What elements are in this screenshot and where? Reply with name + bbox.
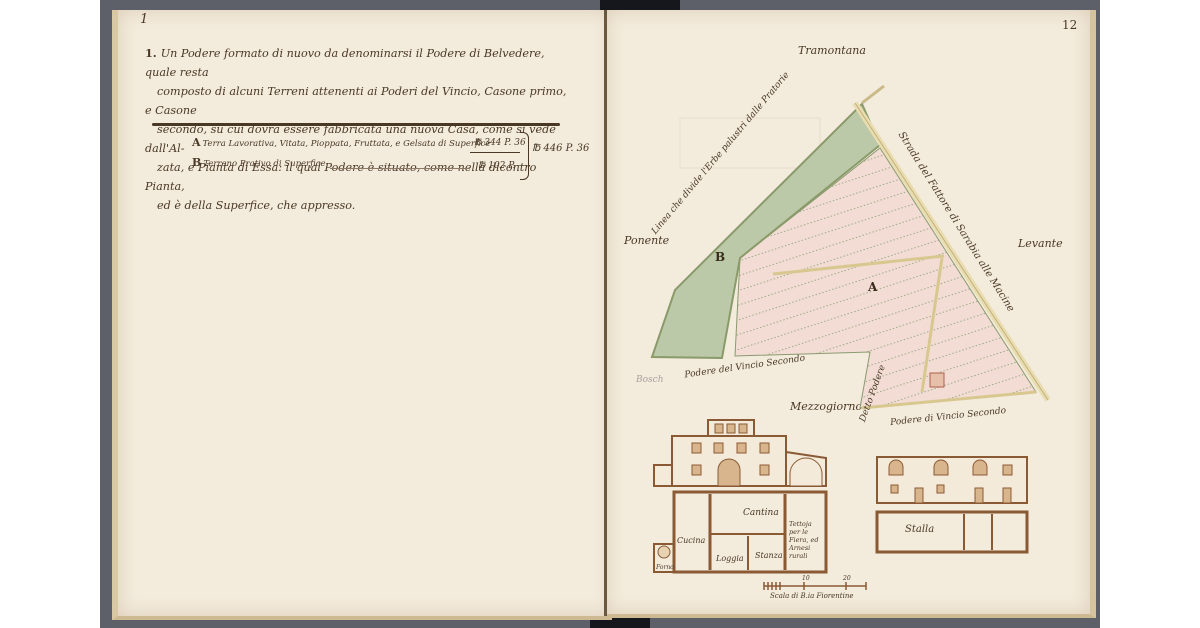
plan-label-tettoia: Tettoja per le Fiera, ed Arnesi rurali xyxy=(789,520,823,560)
faint-note: Bosch xyxy=(636,375,664,385)
plan-label-stalla: Stalla xyxy=(905,524,934,535)
scale-tick-20: 20 xyxy=(843,575,851,582)
road-spur xyxy=(862,86,884,103)
plan-label-stanza: Stanza xyxy=(755,551,783,560)
parcel-b-label: B xyxy=(715,250,725,264)
plan-label-cantina: Cantina xyxy=(743,508,779,518)
stable-drawing xyxy=(877,457,1027,552)
parcel-a-label: A xyxy=(868,280,877,294)
scale-caption: Scala di B.ia Fiorentine xyxy=(770,592,854,600)
house-marker xyxy=(930,373,944,387)
scale-tick-10: 10 xyxy=(802,575,810,582)
plan-label-forno: Forno xyxy=(656,564,674,571)
plan-label-loggia: Loggia xyxy=(716,554,744,563)
house-elevation xyxy=(654,420,826,486)
scale-bar xyxy=(764,582,866,590)
plan-label-cucina: Cucina xyxy=(677,536,705,545)
